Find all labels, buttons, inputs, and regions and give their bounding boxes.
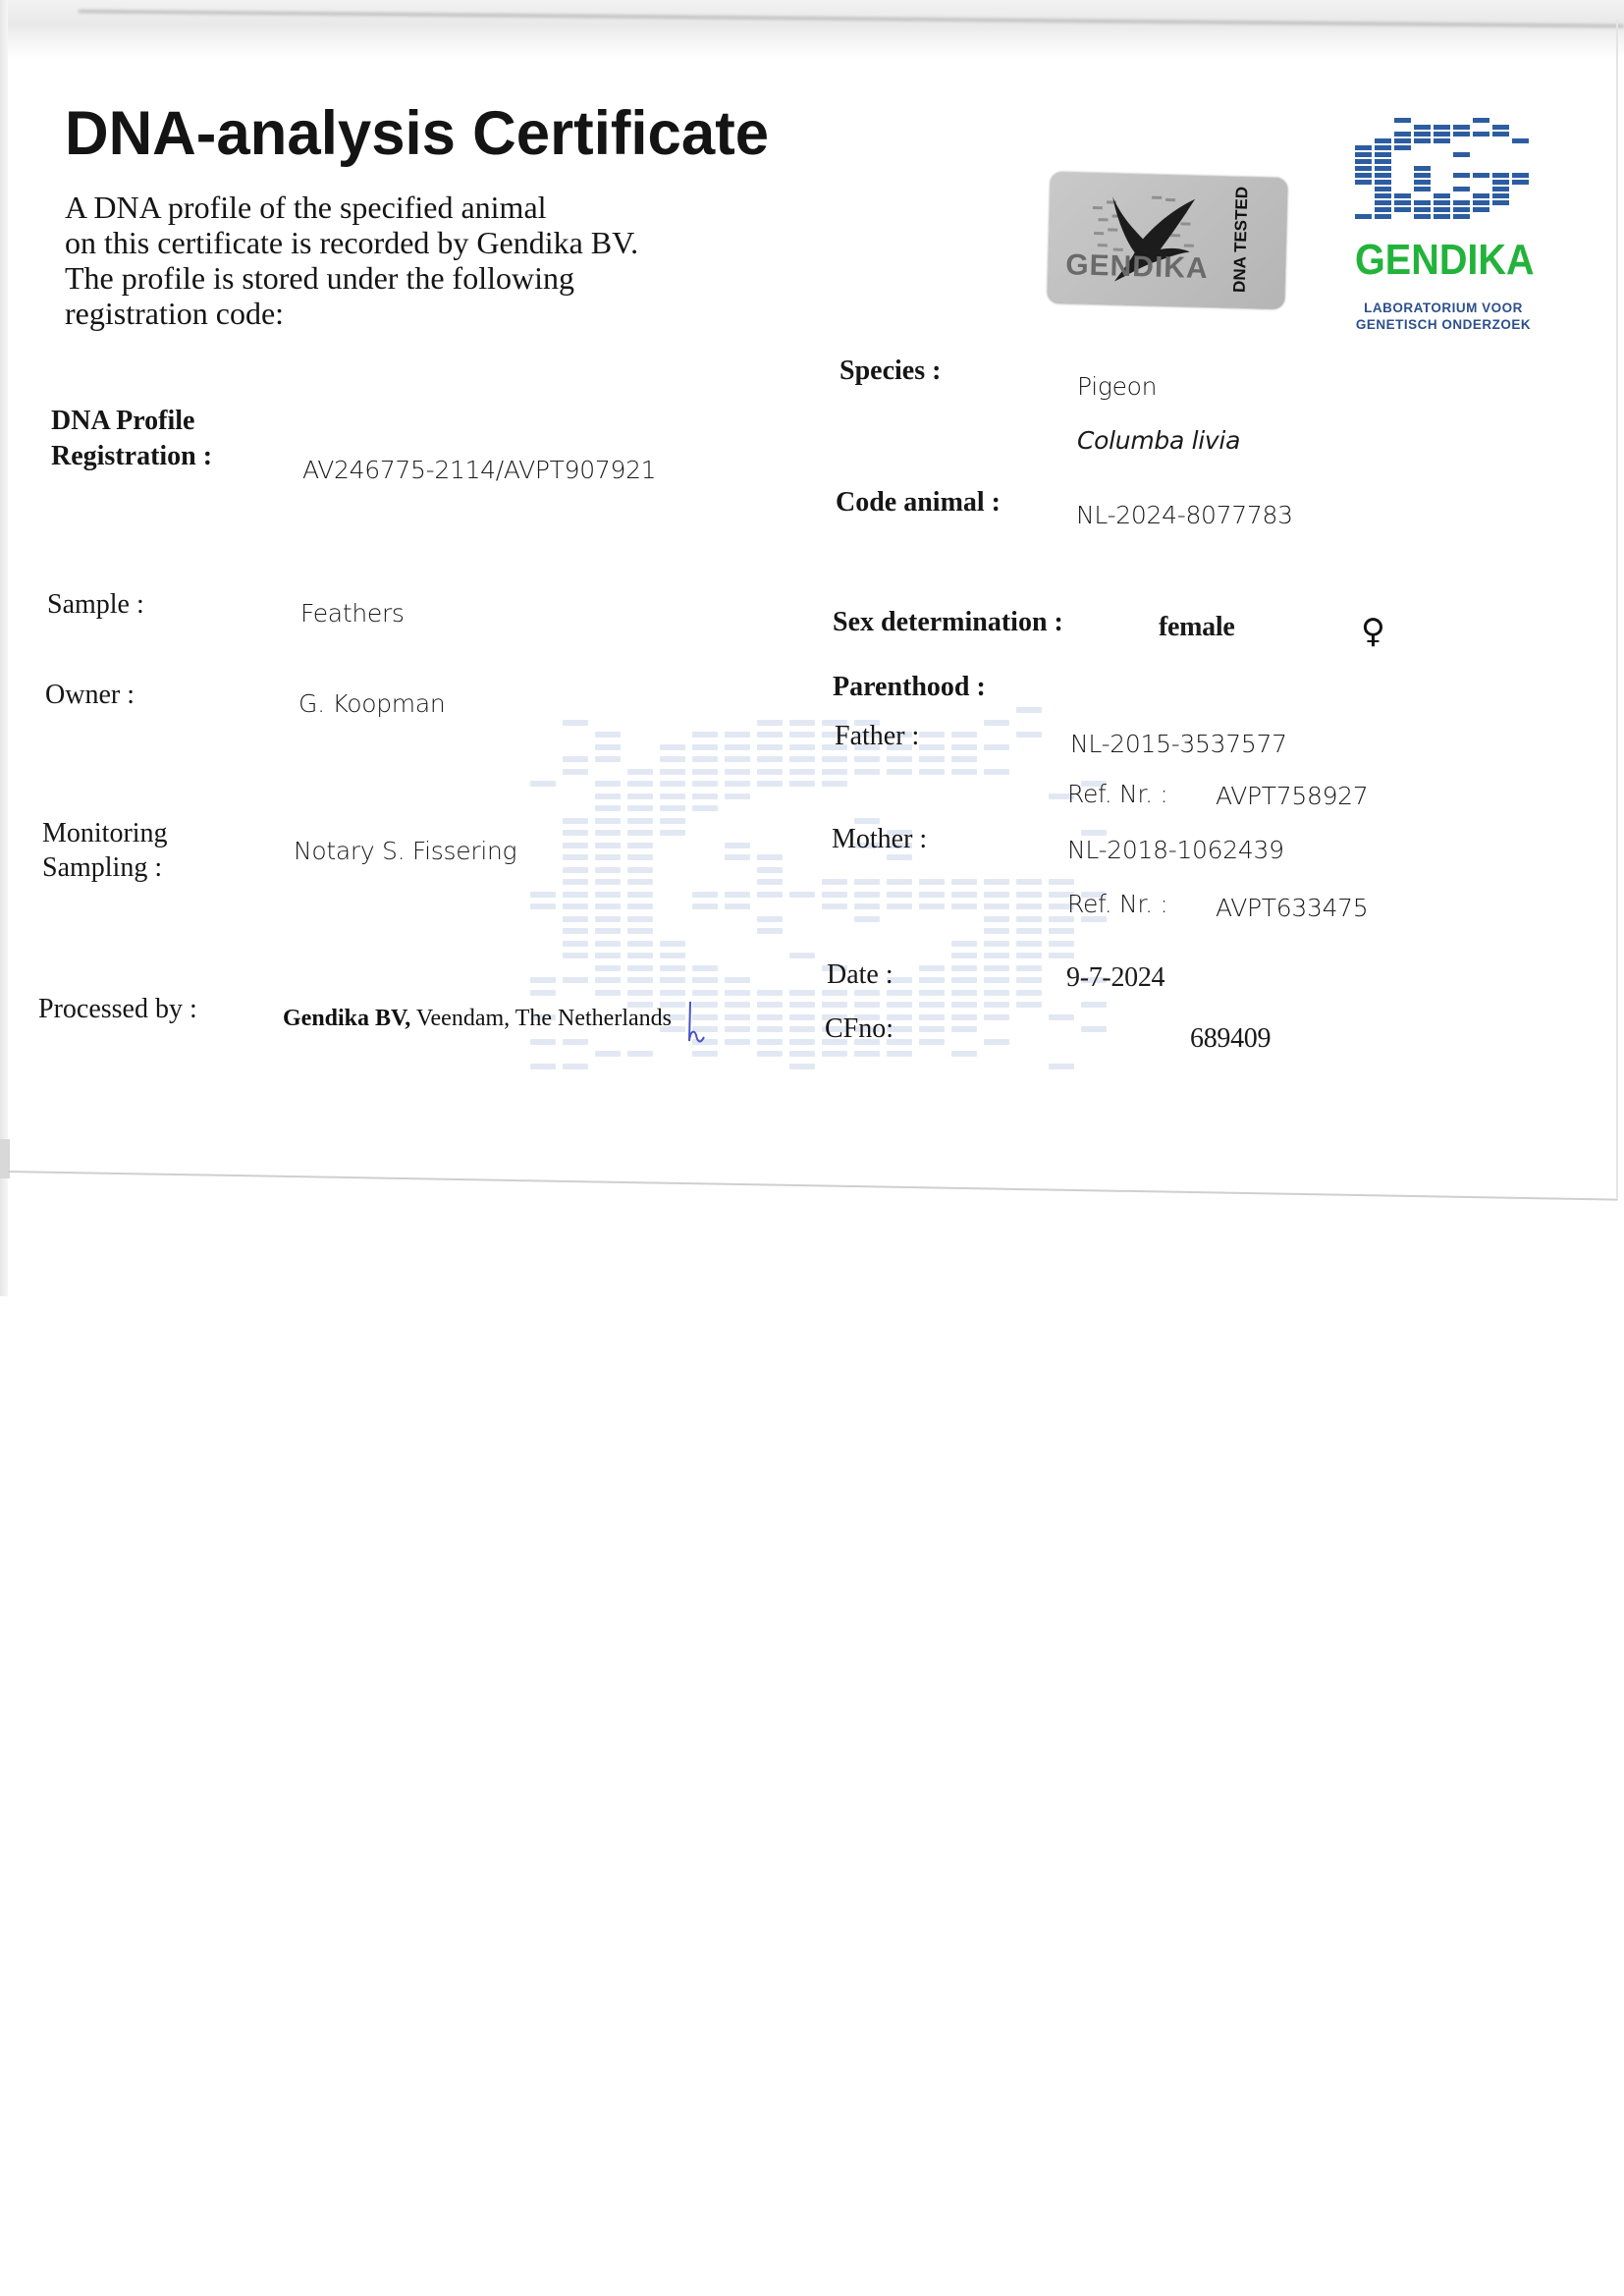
registration-label-line2: Registration :: [51, 441, 212, 472]
code-animal-label: Code animal :: [836, 487, 1001, 519]
processed-label: Processed by :: [38, 994, 197, 1025]
father-code: NL-2015-3537577: [1070, 730, 1287, 759]
tagline-line: GENETISCH ONDERZOEK: [1345, 316, 1542, 333]
mother-ref-value: AVPT633475: [1216, 894, 1368, 923]
sex-value: female: [1159, 613, 1234, 642]
female-symbol-icon: ♀: [1361, 615, 1385, 648]
cfno-value: 689409: [1190, 1024, 1271, 1054]
processed-location: Veendam, The Netherlands: [410, 1006, 672, 1031]
processed-value: Gendika BV, Veendam, The Netherlands: [283, 1006, 672, 1032]
registration-label-line1: DNA Profile: [51, 406, 194, 437]
logo-name: GENDIKA: [1355, 236, 1532, 285]
scan-shadow-top: [0, 0, 1624, 59]
code-animal-value: NL-2024-8077783: [1076, 501, 1293, 530]
dna-tested-text: DNA TESTED: [1230, 187, 1253, 293]
father-label: Father :: [835, 721, 919, 752]
intro-line: registration code:: [65, 296, 732, 331]
certificate-title: DNA-analysis Certificate: [65, 98, 769, 169]
species-label: Species :: [839, 355, 941, 387]
mother-ref-label: Ref. Nr. :: [1067, 890, 1168, 919]
scan-shadow-left: [0, 0, 8, 1296]
registration-value: AV246775-2114/AVPT907921: [302, 456, 656, 485]
father-ref-value: AVPT758927: [1216, 782, 1368, 811]
mother-code: NL-2018-1062439: [1067, 836, 1284, 865]
father-ref-label: Ref. Nr. :: [1067, 780, 1168, 809]
certificate-bottom-edge: [8, 1171, 1618, 1201]
parenthood-label: Parenthood :: [833, 672, 986, 703]
processed-company: Gendika BV,: [283, 1006, 410, 1031]
intro-line: on this certificate is recorded by Gendi…: [65, 225, 732, 260]
certificate-right-edge: [1616, 20, 1618, 1198]
species-common-name: Pigeon: [1077, 372, 1157, 402]
gendika-g-mark-icon: [1355, 118, 1532, 226]
seal-brand-text: GENDIKA: [1065, 248, 1209, 286]
owner-label: Owner :: [45, 680, 135, 711]
sex-label: Sex determination :: [833, 607, 1063, 638]
monitoring-label-line2: Sampling :: [42, 852, 162, 884]
date-label: Date :: [827, 959, 893, 991]
logo-tagline: LABORATORIUM VOOR GENETISCH ONDERZOEK: [1345, 300, 1542, 333]
mother-label: Mother :: [832, 824, 927, 855]
monitoring-label-line1: Monitoring: [42, 818, 168, 849]
species-latin-name: Columba livia: [1077, 426, 1240, 456]
tagline-line: LABORATORIUM VOOR: [1345, 300, 1542, 316]
cfno-label: CFno:: [825, 1013, 893, 1045]
date-value: 9-7-2024: [1066, 963, 1164, 993]
intro-text: A DNA profile of the specified animal on…: [65, 190, 732, 331]
gendika-logo: GENDIKA LABORATORIUM VOOR GENETISCH ONDE…: [1345, 108, 1542, 334]
sample-label: Sample :: [47, 589, 144, 621]
intro-line: The profile is stored under the followin…: [65, 260, 732, 296]
owner-value: G. Koopman: [298, 689, 445, 719]
signature-mark-icon: [684, 1002, 708, 1047]
sample-value: Feathers: [300, 599, 405, 629]
intro-line: A DNA profile of the specified animal: [65, 190, 732, 225]
monitoring-value: Notary S. Fissering: [294, 837, 516, 866]
dna-tested-seal: GENDIKA DNA TESTED: [1047, 172, 1287, 309]
